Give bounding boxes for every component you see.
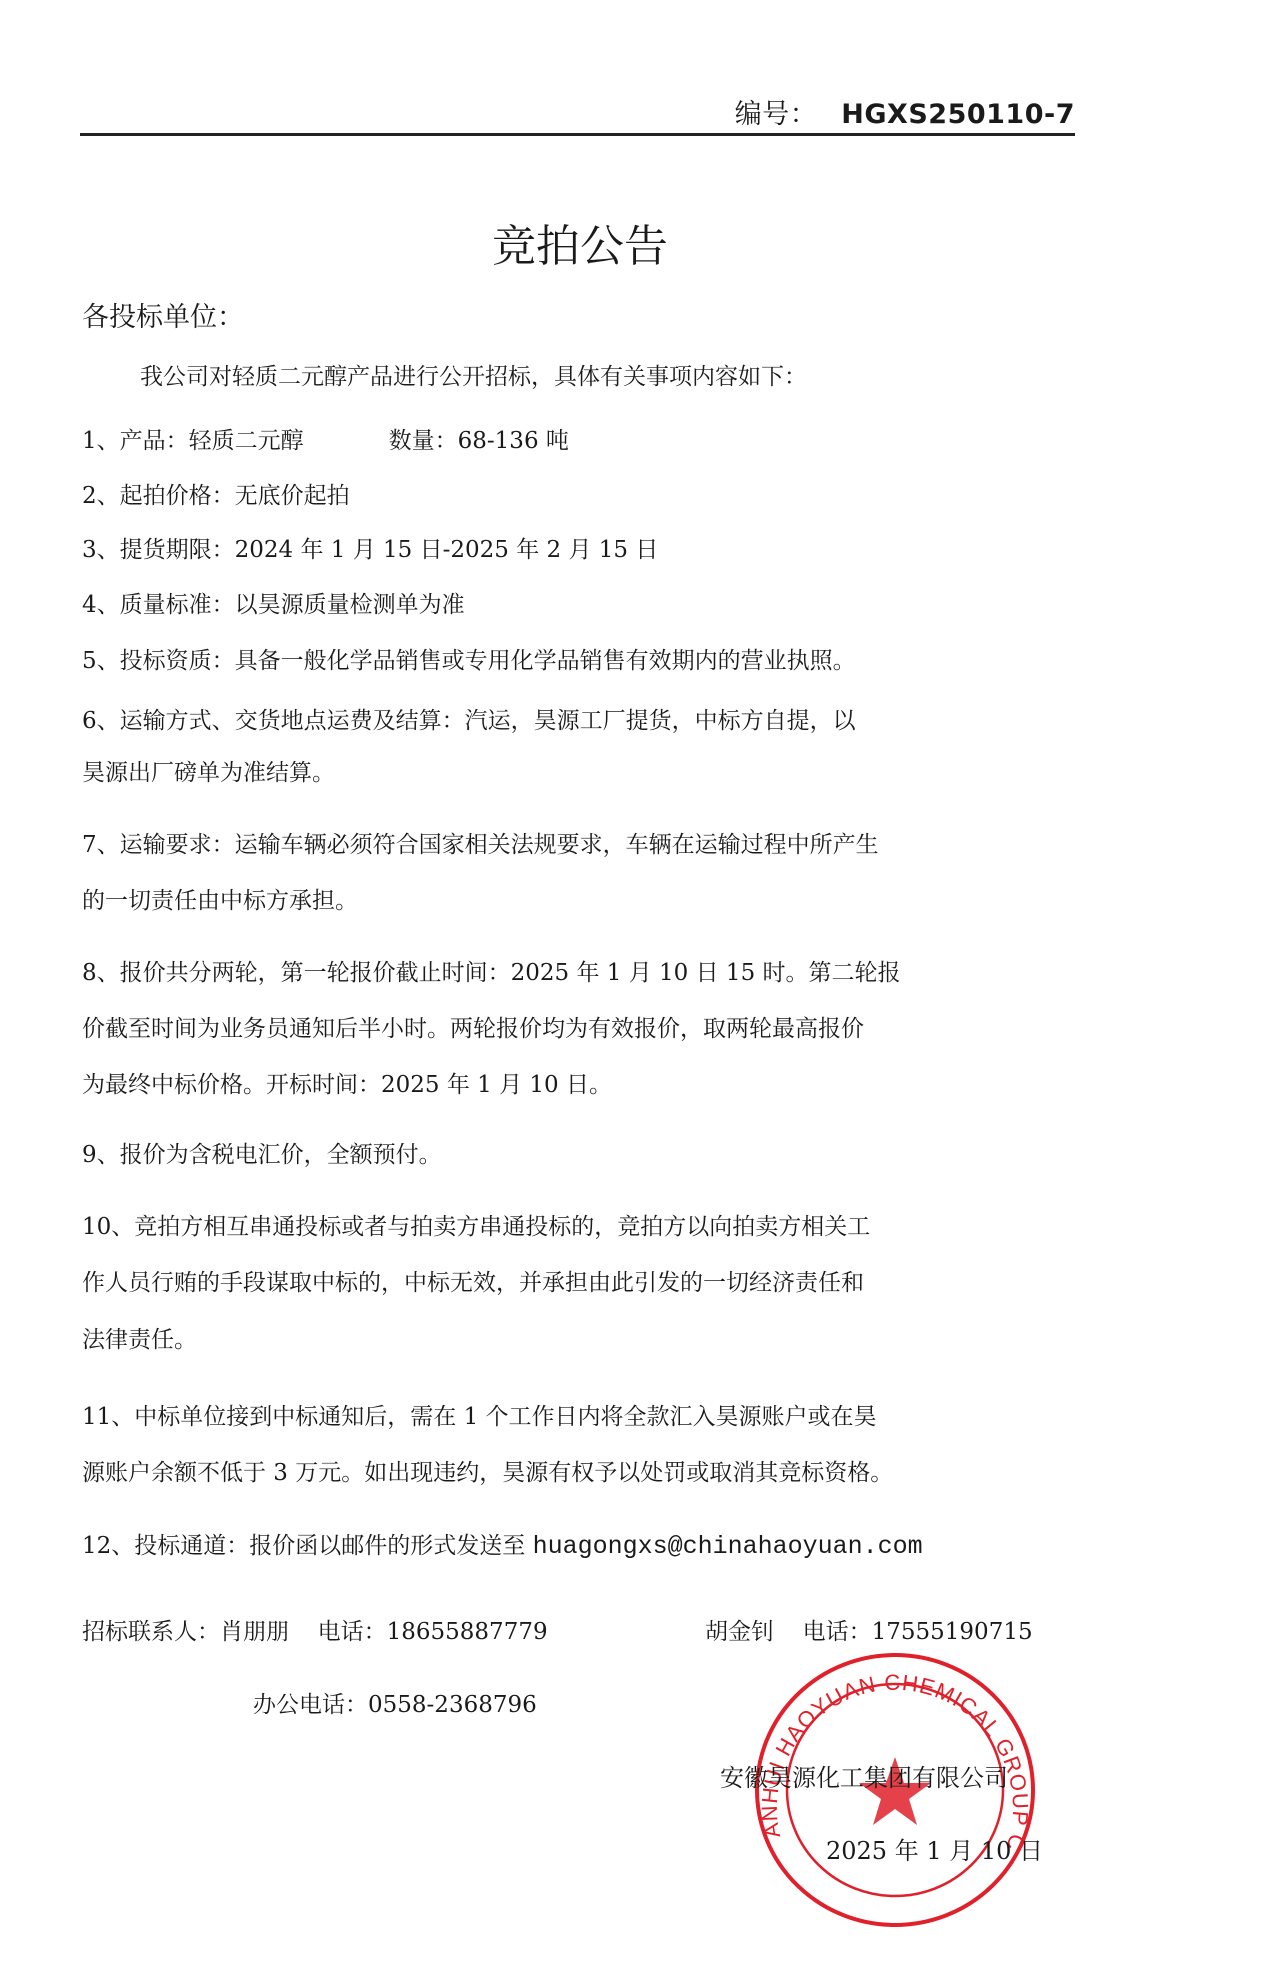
item-3: 3、提货期限：2024 年 1 月 15 日-2025 年 2 月 15 日 <box>82 531 658 564</box>
item-10-line-2: 作人员行贿的手段谋取中标的，中标无效，并承担由此引发的一切经济责任和 <box>82 1264 864 1297</box>
document-number-value: HGXS250110-7 <box>841 99 1075 130</box>
item-1-product: 1、产品：轻质二元醇 <box>82 428 304 454</box>
item-6-line-1: 6、运输方式、交货地点运费及结算：汽运，昊源工厂提货，中标方自提，以 <box>82 702 856 735</box>
submission-email[interactable]: huagongxs@chinahaoyuan.com <box>533 1532 923 1561</box>
contact-2-phone: 电话：17555190715 <box>803 1619 1033 1645</box>
contact-label: 招标联系人： <box>82 1619 220 1645</box>
page-title: 竞拍公告 <box>0 210 1160 274</box>
item-1: 1、产品：轻质二元醇数量：68-136 吨 <box>82 422 569 455</box>
contact-1-name: 肖朋朋 <box>220 1619 289 1645</box>
signing-date: 2025 年 1 月 10 日 <box>826 1831 1043 1866</box>
svg-text:ANHUI HAOYUAN CHEMICAL GROUP C: ANHUI HAOYUAN CHEMICAL GROUP CO.,LTD. <box>745 1645 1033 1854</box>
document-number-label: 编号： <box>735 99 818 130</box>
item-8-line-3: 为最终中标价格。开标时间：2025 年 1 月 10 日。 <box>82 1066 612 1099</box>
intro-paragraph: 我公司对轻质二元醇产品进行公开招标，具体有关事项内容如下： <box>140 358 807 391</box>
item-6-line-2: 昊源出厂磅单为准结算。 <box>82 754 335 787</box>
item-12-label: 12、投标通道：报价函以邮件的形式发送至 <box>82 1533 533 1559</box>
item-9: 9、报价为含税电汇价，全额预付。 <box>82 1136 442 1169</box>
item-10-line-3: 法律责任。 <box>82 1321 197 1354</box>
item-5: 5、投标资质：具备一般化学品销售或专用化学品销售有效期内的营业执照。 <box>82 642 856 675</box>
contact-1-phone: 电话：18655887779 <box>318 1619 548 1645</box>
item-8-line-1: 8、报价共分两轮，第一轮报价截止时间：2025 年 1 月 10 日 15 时。… <box>82 954 901 987</box>
salutation: 各投标单位： <box>82 295 244 334</box>
document-number: 编号：HGXS250110-7 <box>735 92 1075 131</box>
item-11-line-1: 11、中标单位接到中标通知后，需在 1 个工作日内将全款汇入昊源账户或在昊 <box>82 1398 877 1431</box>
item-12: 12、投标通道：报价函以邮件的形式发送至 huagongxs@chinahaoy… <box>82 1527 923 1561</box>
item-11-line-2: 源账户余额不低于 3 万元。如出现违约，昊源有权予以处罚或取消其竞标资格。 <box>82 1454 893 1487</box>
office-phone: 办公电话：0558-2368796 <box>253 1686 537 1719</box>
item-7-line-2: 的一切责任由中标方承担。 <box>82 882 358 915</box>
contact-row: 招标联系人：肖朋朋 电话：18655887779 <box>82 1613 548 1646</box>
contact-2: 胡金钊 电话：17555190715 <box>705 1613 1033 1646</box>
item-1-quantity: 数量：68-136 吨 <box>389 428 569 454</box>
item-4: 4、质量标准：以昊源质量检测单为准 <box>82 586 465 619</box>
contact-2-name: 胡金钊 <box>705 1619 774 1645</box>
item-10-line-1: 10、竞拍方相互串通投标或者与拍卖方串通投标的，竞拍方以向拍卖方相关工 <box>82 1208 870 1241</box>
item-7-line-1: 7、运输要求：运输车辆必须符合国家相关法规要求，车辆在运输过程中所产生 <box>82 826 879 859</box>
item-2: 2、起拍价格：无底价起拍 <box>82 477 350 510</box>
header-divider <box>80 133 1075 136</box>
item-8-line-2: 价截至时间为业务员通知后半小时。两轮报价均为有效报价，取两轮最高报价 <box>82 1010 864 1043</box>
signing-company: 安徽昊源化工集团有限公司 <box>720 1758 1008 1793</box>
